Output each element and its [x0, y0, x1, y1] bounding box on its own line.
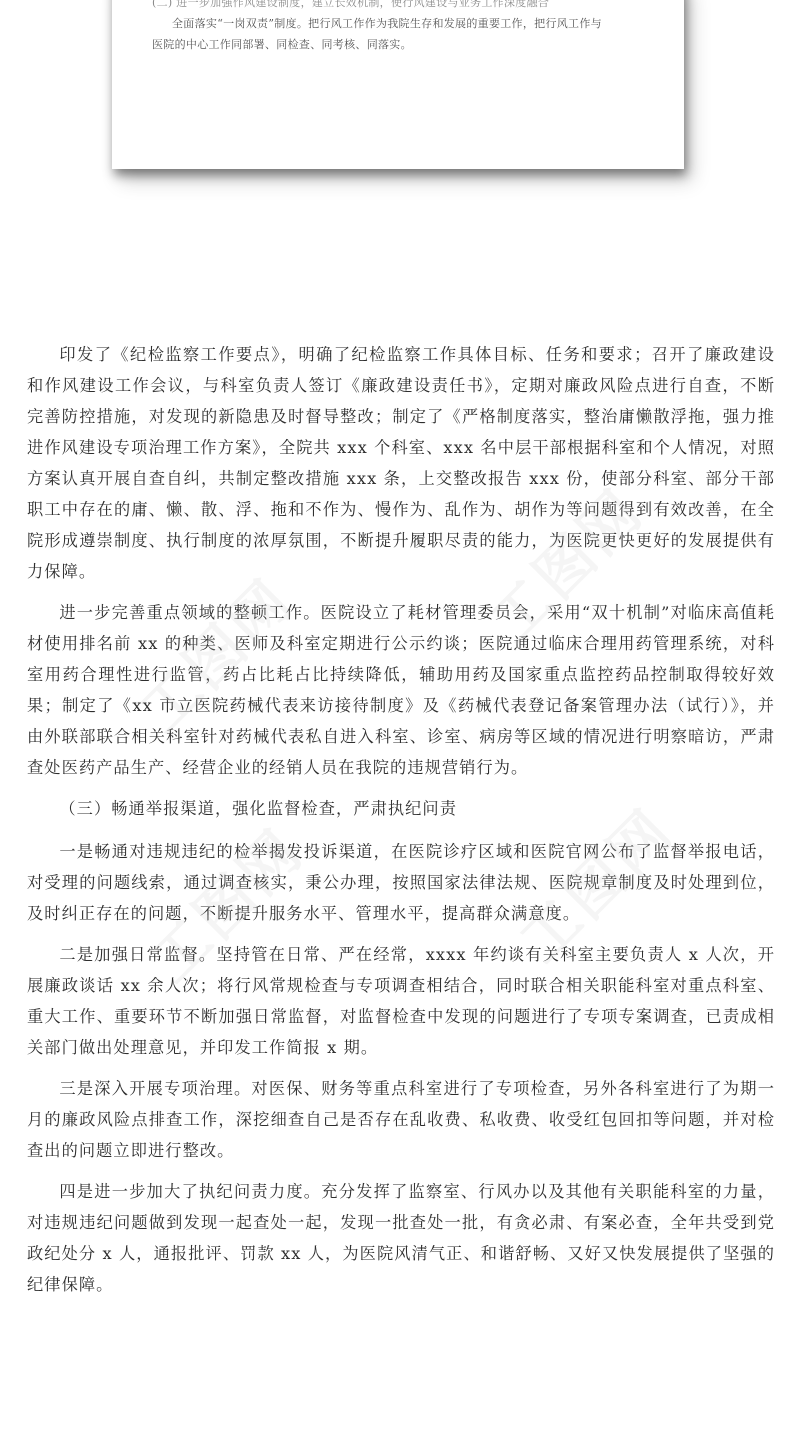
- paragraph-point-three: 三是深入开展专项治理。对医保、财务等重点科室进行了专项检查，另外各科室进行了为期…: [27, 1073, 775, 1166]
- paragraph-point-one: 一是畅通对违规违纪的检举揭发投诉渠道，在医院诊疗区域和医院官网公布了监督举报电话…: [27, 836, 775, 929]
- page-preview-card: (二) 进一步加强作风建设制度，建立长效机制，使行风建设与业务工作深度融合 全面…: [112, 0, 684, 169]
- paragraph-key-areas: 进一步完善重点领域的整顿工作。医院设立了耗材管理委员会，采用“双十机制”对临床高…: [27, 597, 775, 783]
- paragraph-point-four: 四是进一步加大了执纪问责力度。充分发挥了监察室、行风办以及其他有关职能科室的力量…: [27, 1176, 775, 1300]
- document-body: 印发了《纪检监察工作要点》，明确了纪检监察工作具体目标、任务和要求；召开了廉政建…: [27, 339, 775, 1310]
- paragraph-discipline-work: 印发了《纪检监察工作要点》，明确了纪检监察工作具体目标、任务和要求；召开了廉政建…: [27, 339, 775, 587]
- page-preview-line: 医院的中心工作同部署、同检查、同考核、同落实。: [152, 36, 412, 52]
- page-preview-cut-line: (二) 进一步加强作风建设制度，建立长效机制，使行风建设与业务工作深度融合: [152, 0, 549, 10]
- page-preview-line: 全面落实“一岗双责”制度。把行风工作作为我院生存和发展的重要工作，把行风工作与: [172, 15, 602, 31]
- section-heading-three: （三）畅通举报渠道，强化监督检查，严肃执纪问责: [27, 793, 775, 824]
- paragraph-point-two: 二是加强日常监督。坚持管在日常、严在经常，xxxx 年约谈有关科室主要负责人 x…: [27, 939, 775, 1063]
